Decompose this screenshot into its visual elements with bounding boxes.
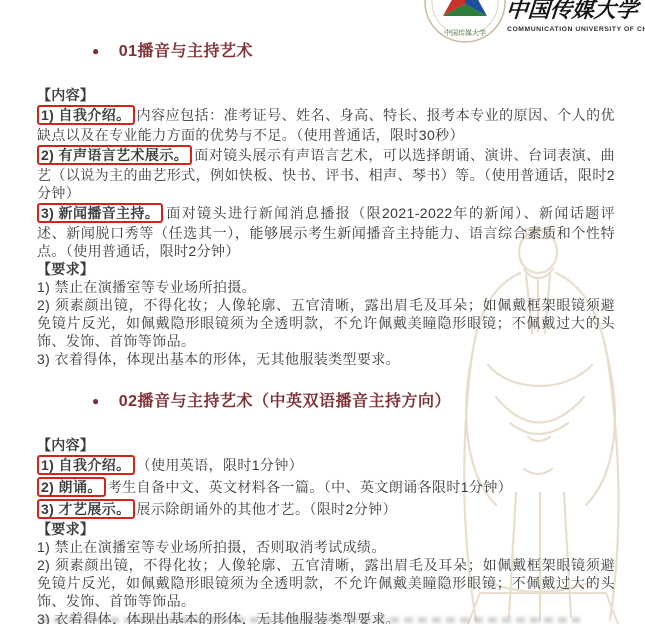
section-title-01: ● 01播音与主持艺术 [92,38,615,60]
highlight-box: 3) 才艺展示。 [37,499,135,519]
requirement-item: 1) 禁止在演播室等专业场所拍摄，否则取消考试成绩。 [37,538,615,556]
document-content: ● 01播音与主持艺术 【内容】 1) 自我介绍。内容应包括：准考证号、姓名、身… [37,30,615,624]
highlight-box: 2) 有声语言艺术展示。 [37,145,192,165]
content-item: 1) 自我介绍。内容应包括：准考证号、姓名、身高、特长、报考本专业的原因、个人的… [37,104,615,144]
requirements-label: 【要求】 [37,520,615,538]
section-title-text: 01播音与主持艺术 [119,43,253,60]
item-text: 展示除朗诵外的其他才艺。（限时2分钟） [137,501,397,517]
requirement-item: 2) 须素颜出镜，不得化妆；人像轮廓、五官清晰，露出眉毛及耳朵；如佩戴框架眼镜须… [37,556,615,610]
content-item: 1) 自我介绍。（使用英语，限时1分钟） [37,454,615,476]
content-item: 2) 有声语言艺术展示。面对镜头展示有声语言艺术，可以选择朗诵、演讲、台词表演、… [37,144,615,202]
section-title-text: 02播音与主持艺术（中英双语播音主持方向） [119,393,451,410]
section-title-02: ● 02播音与主持艺术（中英双语播音主持方向） [92,388,615,410]
content-label: 【内容】 [37,86,615,104]
cutoff-text-line [40,617,580,623]
content-item: 3) 才艺展示。展示除朗诵外的其他才艺。（限时2分钟） [37,498,615,520]
highlight-box: 1) 自我介绍。 [37,455,135,475]
item-text: （使用英语，限时1分钟） [137,457,304,473]
requirements-label: 【要求】 [37,260,615,278]
item-text: 考生自备中文、英文材料各一篇。（中、英文朗诵各限时1分钟） [108,479,512,495]
highlight-box: 1) 自我介绍。 [37,105,135,125]
content-item: 2) 朗诵。考生自备中文、英文材料各一篇。（中、英文朗诵各限时1分钟） [37,476,615,498]
university-name-calligraphy: 中国传媒大学 [505,0,645,24]
requirement-item: 2) 须素颜出镜，不得化妆；人像轮廓、五官清晰，露出眉毛及耳朵；如佩戴框架眼镜须… [37,296,615,350]
content-item: 3) 新闻播音主持。面对镜头进行新闻消息播报（限2021-2022年的新闻）、新… [37,202,615,260]
highlight-box: 2) 朗诵。 [37,477,106,497]
requirement-item: 1) 禁止在演播室等专业场所拍摄。 [37,278,615,296]
requirement-item: 3) 衣着得体，体现出基本的形体，无其他服装类型要求。 [37,350,615,368]
bullet-icon: ● [92,44,100,58]
content-label: 【内容】 [37,436,615,454]
bullet-icon: ● [92,394,100,408]
highlight-box: 3) 新闻播音主持。 [37,203,163,223]
